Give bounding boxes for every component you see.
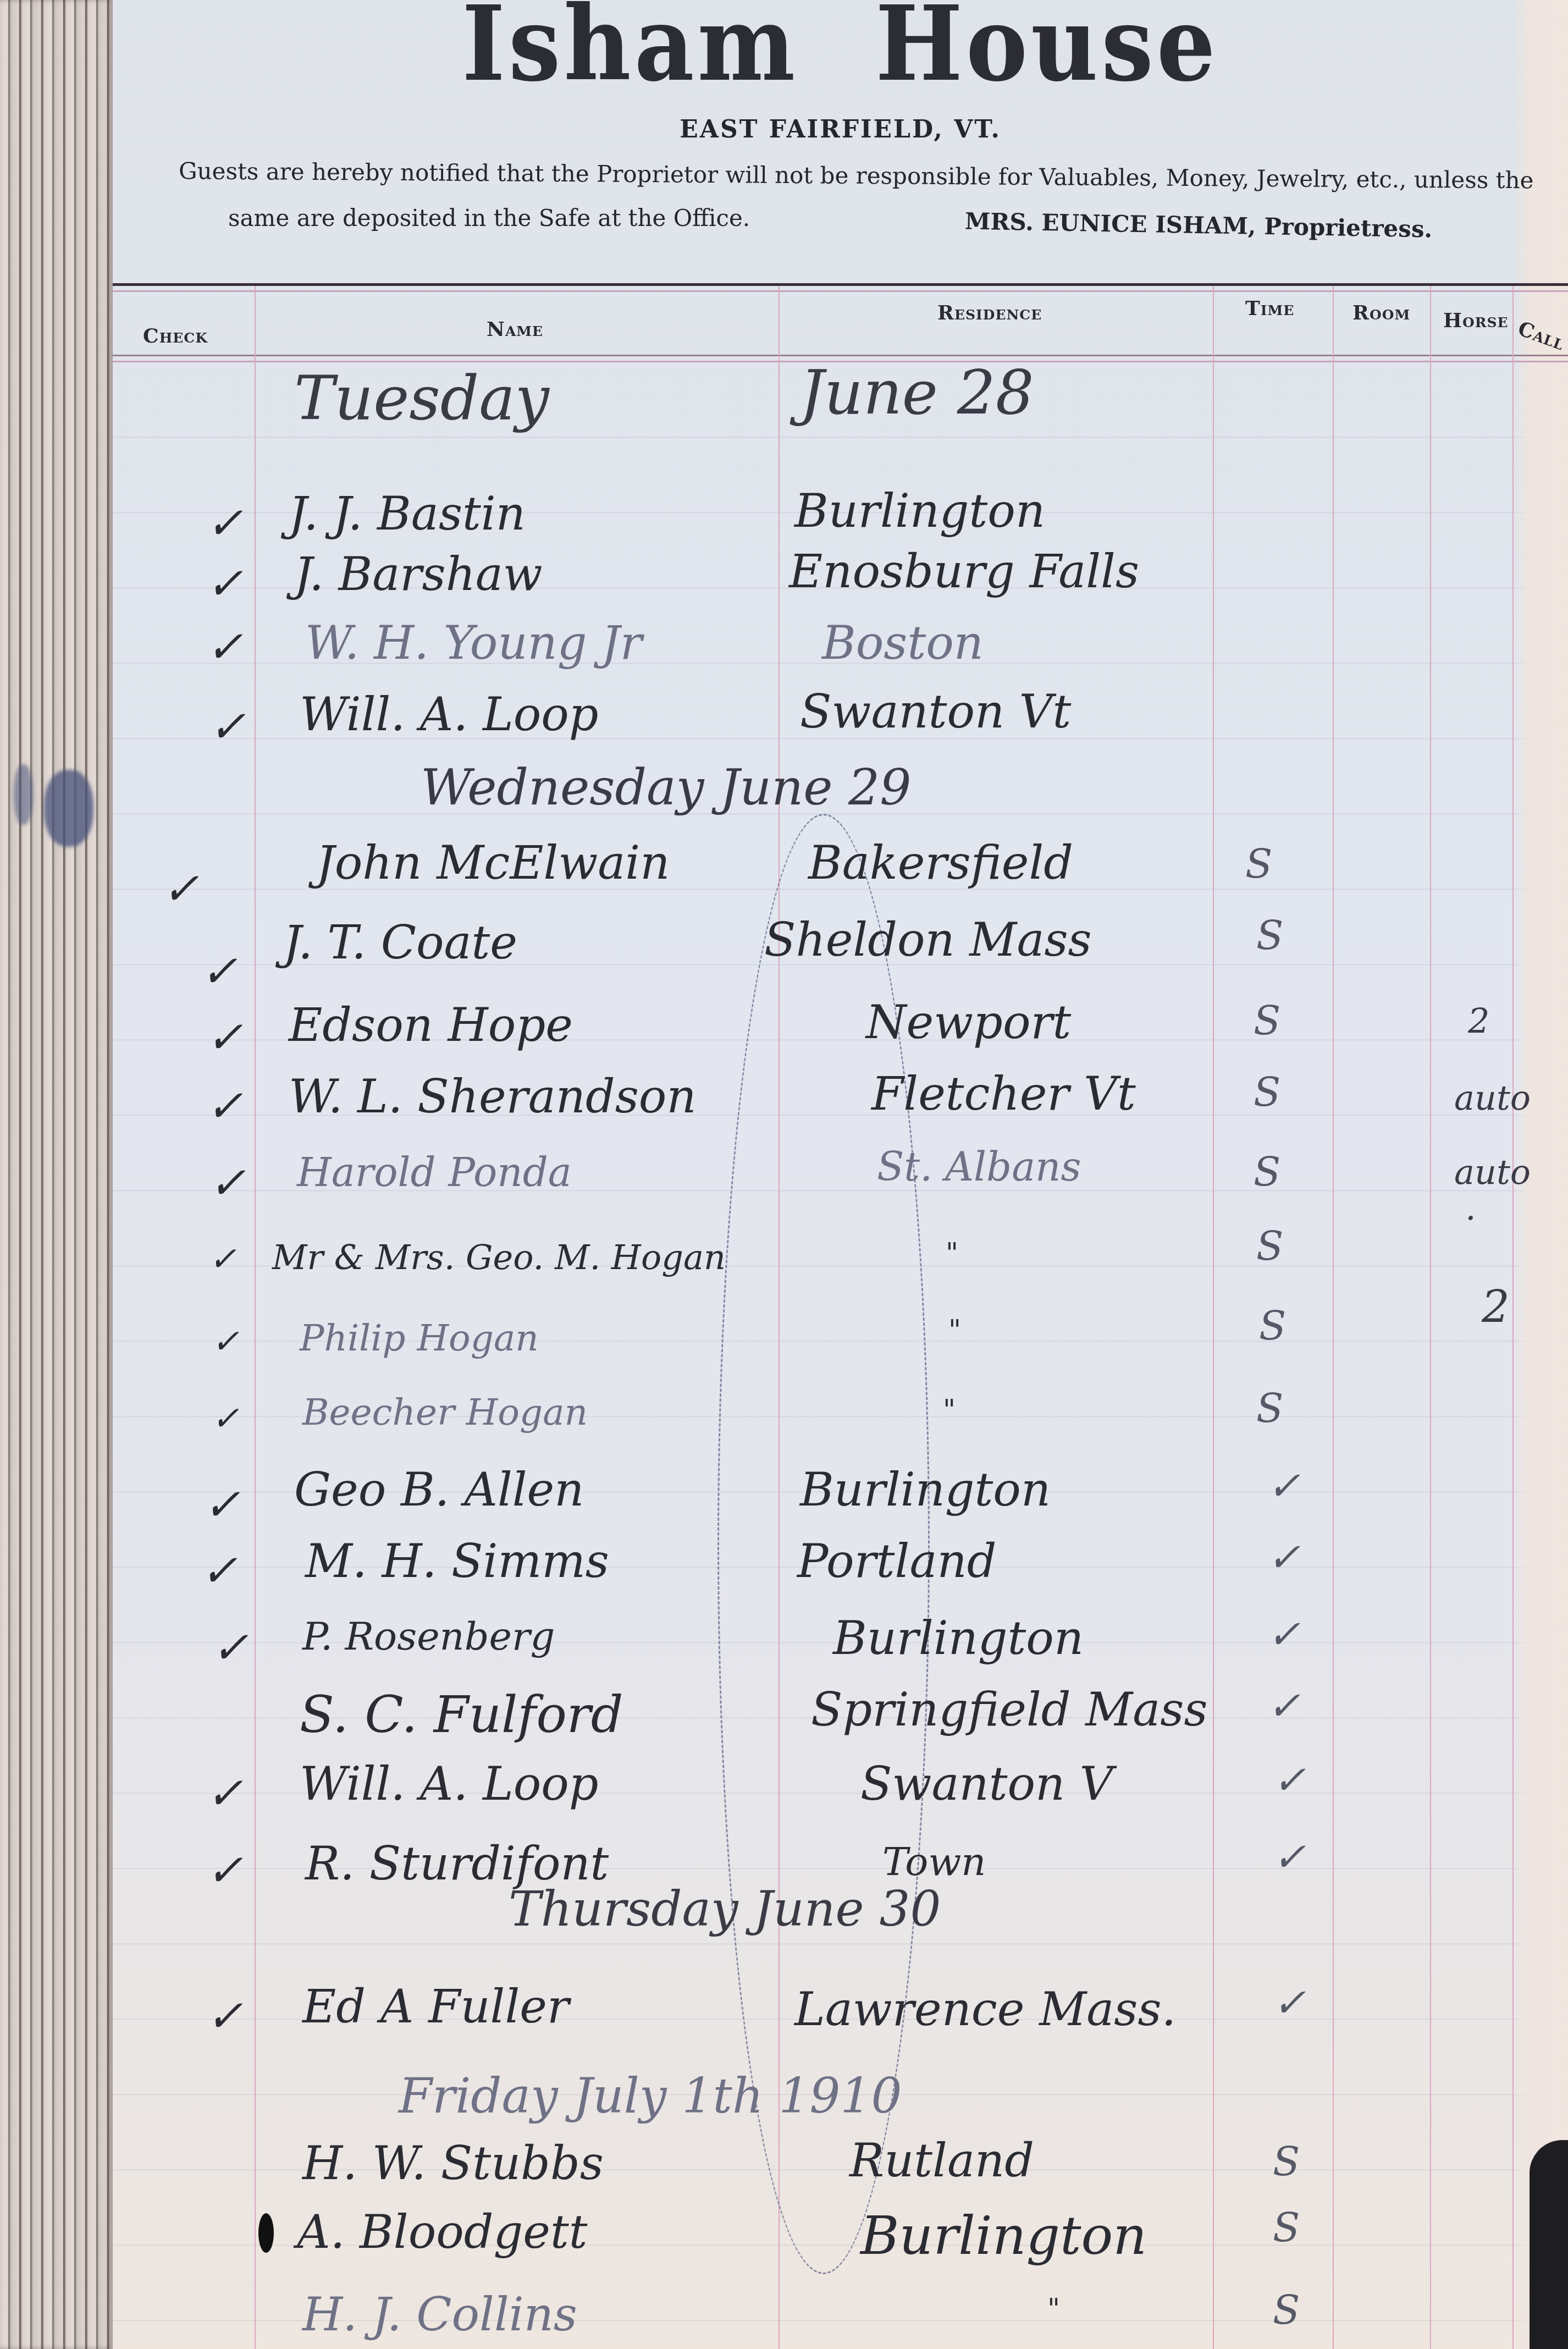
time-mark: S bbox=[1256, 1223, 1283, 1270]
time-mark: ✓ bbox=[1267, 1611, 1300, 1657]
date-line-friday: Friday July 1th 1910 bbox=[399, 2067, 902, 2124]
check-mark: ✓ bbox=[212, 1322, 239, 1361]
guest-name: John McElwain bbox=[316, 836, 670, 890]
check-mark: ✓ bbox=[209, 1240, 236, 1278]
liability-notice-line1: Guests are hereby notified that the Prop… bbox=[179, 157, 1553, 194]
book-spine-page-edges bbox=[0, 0, 113, 2349]
time-mark: S bbox=[1273, 2287, 1300, 2334]
time-mark: ✓ bbox=[1273, 1757, 1306, 1803]
guest-name: Will. A. Loop bbox=[300, 687, 599, 741]
title-word-isham: Isham bbox=[462, 0, 798, 104]
guest-name: S. C. Fulford bbox=[300, 1685, 623, 1744]
time-mark: S bbox=[1254, 998, 1280, 1044]
proprietress-name: MRS. EUNICE ISHAM, Proprietress. bbox=[965, 208, 1433, 243]
check-mark: ✓ bbox=[212, 1622, 249, 1673]
guest-residence: Fletcher Vt bbox=[871, 1067, 1136, 1121]
time-mark: S bbox=[1254, 1069, 1280, 1116]
check-mark: ✓ bbox=[206, 1768, 243, 1819]
register-page: IshamHouse EAST FAIRFIELD, VT. Guests ar… bbox=[113, 0, 1568, 2349]
guest-residence: Rutland bbox=[849, 2133, 1034, 2187]
column-divider bbox=[1333, 286, 1334, 2349]
column-header-horse: Horse bbox=[1443, 309, 1509, 332]
guest-residence: Portland bbox=[797, 1534, 996, 1588]
guest-name: Philip Hogan bbox=[300, 1317, 539, 1359]
check-mark: ✓ bbox=[206, 621, 243, 672]
check-mark: ✓ bbox=[206, 558, 243, 609]
column-header-room: Room bbox=[1352, 301, 1410, 324]
check-mark: ✓ bbox=[206, 1080, 243, 1132]
time-mark: S bbox=[1259, 1303, 1286, 1349]
time-mark: S bbox=[1254, 1149, 1280, 1195]
guest-name: J. J. Bastin bbox=[289, 487, 526, 541]
hotel-location: EAST FAIRFIELD, VT. bbox=[113, 115, 1568, 144]
guest-name: A. Bloodgett bbox=[297, 2205, 588, 2259]
check-mark: ✓ bbox=[206, 1990, 243, 2042]
guest-residence: Lawrence Mass. bbox=[794, 1982, 1176, 2036]
guest-residence: Swanton V bbox=[860, 1757, 1113, 1811]
ink-stain bbox=[44, 770, 93, 847]
guest-residence: Burlington bbox=[860, 2205, 1147, 2267]
check-mark: ✓ bbox=[212, 1399, 239, 1438]
time-mark: ✓ bbox=[1267, 1534, 1300, 1580]
guest-name: Will. A. Loop bbox=[300, 1757, 599, 1811]
column-divider bbox=[255, 286, 256, 2349]
guest-residence: St. Albans bbox=[877, 1144, 1081, 1190]
check-mark: ✓ bbox=[209, 1157, 246, 1209]
check-mark: ✓ bbox=[206, 1845, 243, 1896]
guest-residence: Sheldon Mass bbox=[764, 913, 1092, 967]
guest-name: J. T. Coate bbox=[283, 916, 517, 969]
guest-name: Edson Hope bbox=[289, 998, 573, 1052]
column-divider bbox=[1430, 286, 1431, 2349]
time-mark: ✓ bbox=[1267, 1683, 1300, 1729]
time-mark: ✓ bbox=[1267, 1463, 1300, 1509]
guest-name: H. W. Stubbs bbox=[302, 2136, 604, 2190]
guest-residence: Burlington bbox=[800, 1463, 1051, 1517]
guest-residence: " bbox=[1047, 2293, 1060, 2325]
check-mark: ✓ bbox=[209, 701, 246, 752]
guest-residence: Springfield Mass bbox=[811, 1683, 1208, 1736]
header-rule-top bbox=[113, 283, 1568, 292]
guest-name: Harold Ponda bbox=[297, 1149, 572, 1195]
horse-mark: 2 bbox=[1468, 1001, 1489, 1041]
guest-residence: Bakersfield bbox=[808, 836, 1073, 890]
horse-mark: auto bbox=[1454, 1078, 1531, 1118]
date-line-june-28: June 28 bbox=[800, 357, 1034, 428]
guest-name: H. J. Collins bbox=[302, 2287, 577, 2341]
column-divider bbox=[1512, 286, 1514, 2349]
title-word-house: House bbox=[875, 0, 1218, 104]
horse-mark: auto bbox=[1454, 1152, 1531, 1192]
horse-mark: 2 bbox=[1482, 1281, 1510, 1332]
guest-name: W. H. Young Jr bbox=[305, 616, 642, 670]
time-mark: ✓ bbox=[1273, 1834, 1306, 1880]
guest-residence: " bbox=[943, 1394, 956, 1426]
guest-name: Beecher Hogan bbox=[302, 1391, 588, 1433]
guest-name: M. H. Simms bbox=[305, 1534, 609, 1588]
guest-residence: Town bbox=[882, 1839, 986, 1884]
column-header-name: Name bbox=[487, 318, 543, 341]
guest-name: Geo B. Allen bbox=[294, 1463, 584, 1517]
column-divider bbox=[1213, 286, 1214, 2349]
guest-residence: Newport bbox=[866, 995, 1071, 1049]
column-header-check: Check bbox=[143, 324, 208, 348]
time-mark: S bbox=[1245, 841, 1272, 887]
guest-name: J. Barshaw bbox=[294, 547, 543, 601]
time-mark: S bbox=[1256, 1386, 1283, 1432]
guest-name: R. Sturdifont bbox=[305, 1837, 609, 1890]
date-line-wednesday: Wednesday June 29 bbox=[421, 759, 912, 817]
check-mark: ✓ bbox=[162, 863, 199, 914]
horse-mark: . bbox=[1465, 1188, 1476, 1228]
guest-name: W. L. Sherandson bbox=[289, 1069, 696, 1123]
hotel-title: IshamHouse bbox=[113, 0, 1568, 104]
guest-name: P. Rosenberg bbox=[302, 1614, 555, 1659]
time-mark: S bbox=[1273, 2139, 1300, 2185]
ink-blot bbox=[258, 2213, 274, 2253]
check-mark: ✓ bbox=[203, 1479, 240, 1530]
column-header-residence: Residence bbox=[937, 301, 1042, 324]
guest-residence: Burlington bbox=[794, 484, 1045, 538]
column-header-time: Time bbox=[1245, 297, 1294, 320]
guest-residence: Boston bbox=[822, 616, 984, 670]
ink-stain bbox=[14, 764, 33, 825]
time-mark: ✓ bbox=[1273, 1979, 1306, 2026]
check-mark: ✓ bbox=[201, 1545, 238, 1596]
date-line-tuesday: Tuesday bbox=[294, 363, 549, 433]
guest-name: Ed A Fuller bbox=[302, 1979, 569, 2033]
time-mark: S bbox=[1273, 2205, 1300, 2251]
liability-notice-line2: same are deposited in the Safe at the Of… bbox=[228, 205, 750, 231]
time-mark: S bbox=[1256, 913, 1283, 959]
guest-residence: Enosburg Falls bbox=[789, 544, 1139, 598]
guest-name: Mr & Mrs. Geo. M. Hogan bbox=[272, 1237, 726, 1277]
guest-residence: Burlington bbox=[833, 1611, 1084, 1665]
check-mark: ✓ bbox=[201, 946, 238, 997]
guest-residence: " bbox=[946, 1237, 958, 1269]
guest-residence: " bbox=[948, 1314, 961, 1346]
check-mark: ✓ bbox=[206, 498, 243, 549]
check-mark: ✓ bbox=[206, 1012, 243, 1063]
guest-residence: Swanton Vt bbox=[800, 685, 1071, 738]
background-table-corner bbox=[1530, 2140, 1568, 2349]
